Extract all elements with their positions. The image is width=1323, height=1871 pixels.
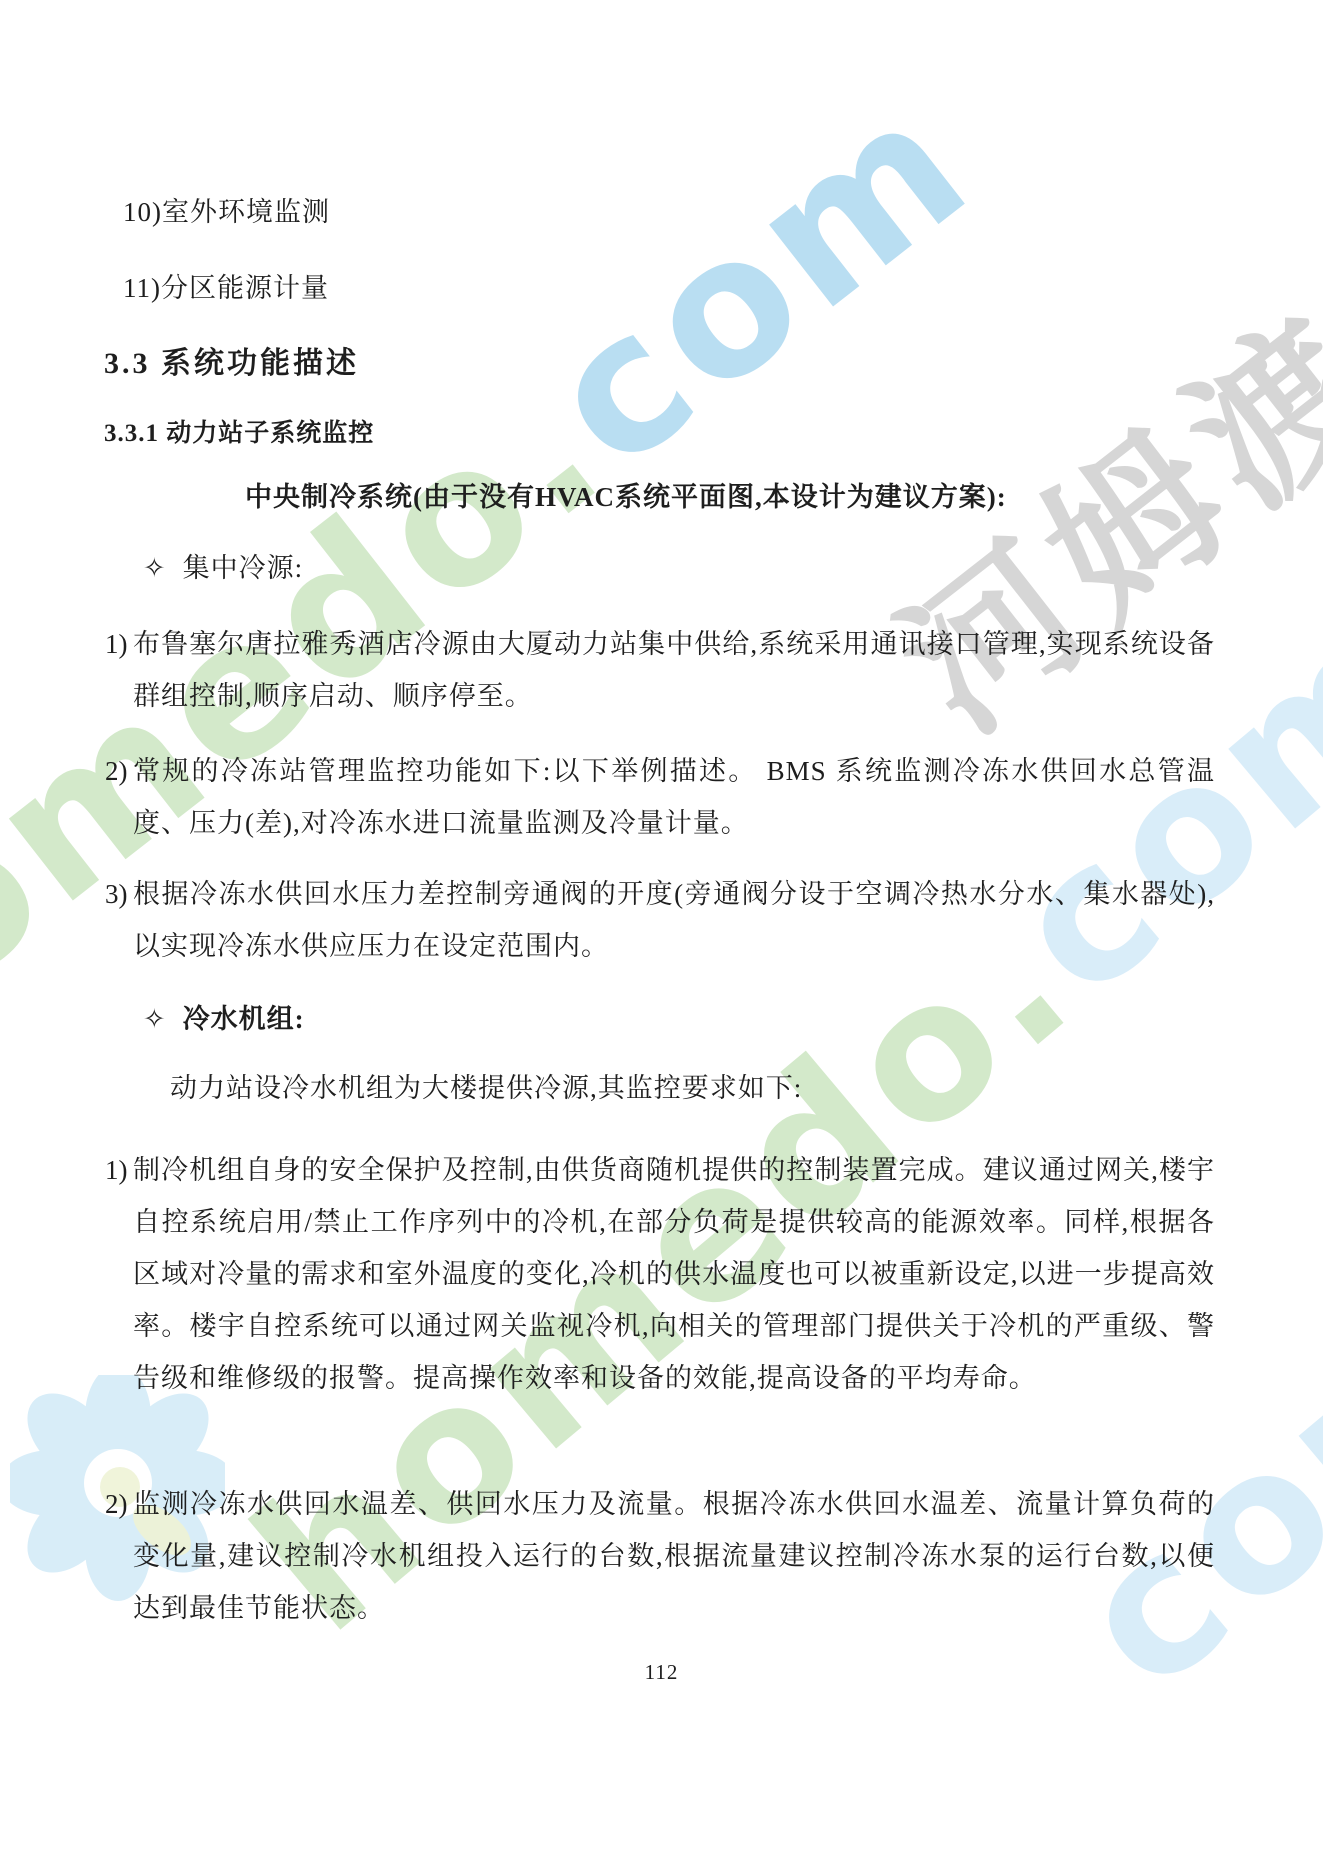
list-item: 2)常规的冷冻站管理监控功能如下:以下举例描述。 BMS 系统监测冷冻水供回水总… bbox=[133, 745, 1215, 849]
diamond-bullet-icon: ✧ bbox=[143, 553, 167, 584]
bullet-chiller-unit: ✧冷水机组: bbox=[143, 997, 305, 1036]
bullet-label: 集中冷源: bbox=[183, 553, 304, 583]
section-heading: 3.3 系统功能描述 bbox=[104, 338, 359, 382]
list-item-number: 1) bbox=[105, 1144, 128, 1196]
list-item-text: 常规的冷冻站管理监控功能如下:以下举例描述。 BMS 系统监测冷冻水供回水总管温… bbox=[133, 756, 1215, 838]
list-item-number: 2) bbox=[105, 745, 128, 797]
list-item: 3)根据冷冻水供回水压力差控制旁通阀的开度(旁通阀分设于空调冷热水分水、集水器处… bbox=[133, 868, 1215, 972]
watermark-homedo-cyan-text: com bbox=[508, 51, 1011, 512]
diamond-bullet-icon: ✧ bbox=[143, 1004, 167, 1035]
list-item: 2)监测冷冻水供回水温差、供回水压力及流量。根据冷冻水供回水温差、流量计算负荷的… bbox=[133, 1478, 1215, 1634]
bullet-central-cold-source: ✧集中冷源: bbox=[143, 546, 303, 585]
document-page: homedo.com homedo.com com 河姆渡 10)室外环境监测 … bbox=[0, 0, 1323, 1871]
numbered-item-10: 10)室外环境监测 bbox=[123, 190, 330, 229]
item-text: 室外环境监测 bbox=[162, 197, 330, 227]
system-note-heading: 中央制冷系统(由于没有HVAC系统平面图,本设计为建议方案): bbox=[245, 475, 1007, 514]
watermark-homedo-green-text: homedo. bbox=[0, 337, 644, 1119]
item-text: 分区能源计量 bbox=[161, 273, 329, 303]
list-item: 1)制冷机组自身的安全保护及控制,由供货商随机提供的控制装置完成。建议通过网关,… bbox=[133, 1144, 1215, 1404]
list-item-number: 3) bbox=[105, 868, 128, 920]
chiller-intro-text: 动力站设冷水机组为大楼提供冷源,其监控要求如下: bbox=[170, 1066, 802, 1105]
list-item-text: 制冷机组自身的安全保护及控制,由供货商随机提供的控制装置完成。建议通过网关,楼宇… bbox=[133, 1155, 1215, 1393]
item-number: 10) bbox=[123, 197, 162, 227]
numbered-item-11: 11)分区能源计量 bbox=[123, 266, 329, 305]
list-item-text: 监测冷冻水供回水温差、供回水压力及流量。根据冷冻水供回水温差、流量计算负荷的变化… bbox=[133, 1489, 1215, 1623]
list-item-text: 根据冷冻水供回水压力差控制旁通阀的开度(旁通阀分设于空调冷热水分水、集水器处),… bbox=[133, 879, 1215, 961]
list-item-number: 2) bbox=[105, 1478, 128, 1530]
page-number: 112 bbox=[0, 1660, 1323, 1685]
list-item: 1)布鲁塞尔唐拉雅秀酒店冷源由大厦动力站集中供给,系统采用通讯接口管理,实现系统… bbox=[133, 618, 1215, 722]
list-item-text: 布鲁塞尔唐拉雅秀酒店冷源由大厦动力站集中供给,系统采用通讯接口管理,实现系统设备… bbox=[133, 629, 1215, 711]
item-number: 11) bbox=[123, 273, 161, 303]
subsection-heading: 3.3.1 动力站子系统监控 bbox=[104, 413, 374, 449]
bullet-label: 冷水机组: bbox=[183, 1004, 305, 1034]
list-item-number: 1) bbox=[105, 618, 128, 670]
